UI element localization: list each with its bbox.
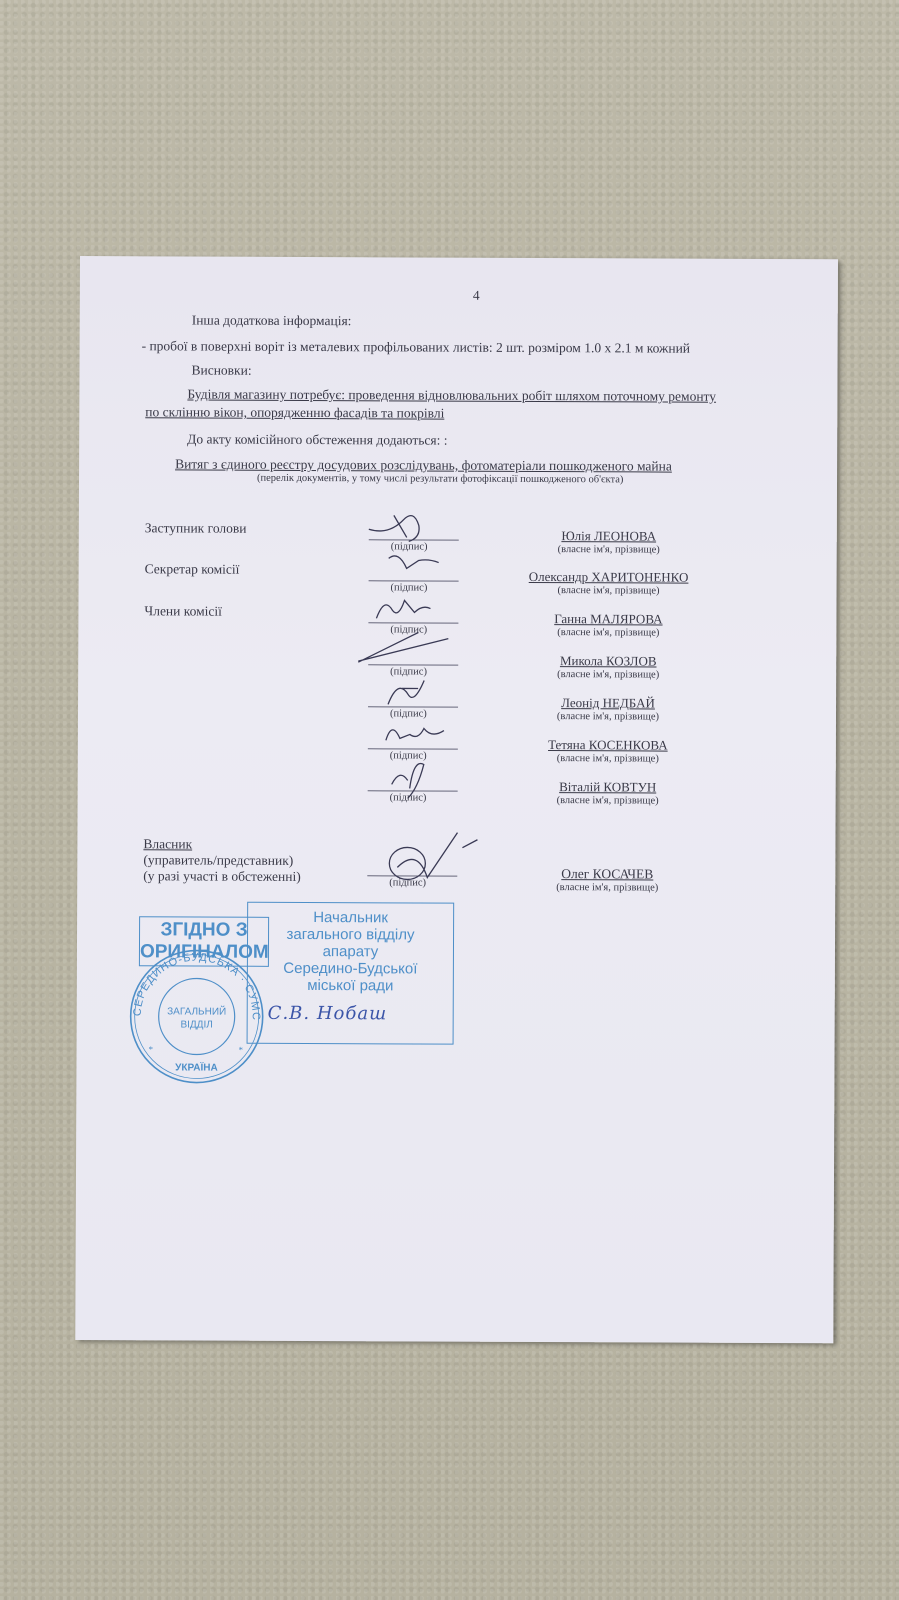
title-stamp-line-1: Начальник xyxy=(248,909,453,927)
signatory-row: (підпис) Леонід НЕДБАЙ (власне ім'я, прі… xyxy=(80,256,838,259)
signatory-name: Леонід НЕДБАЙ xyxy=(508,695,708,712)
conclusions-line-2: по склінню вікон, опорядженню фасадів та… xyxy=(145,404,444,421)
signatory-name: Олександр ХАРИТОНЕНКО xyxy=(509,569,709,586)
signatory-name-caption: (власне ім'я, прізвище) xyxy=(509,544,709,556)
owner-name-caption: (власне ім'я, прізвище) xyxy=(517,882,697,894)
signatory-name-caption: (власне ім'я, прізвище) xyxy=(508,795,708,807)
signatories-block: Заступник голови (підпис) Юлія ЛЕОНОВА (… xyxy=(80,256,838,259)
other-info-item: - пробої в поверхні воріт із металевих п… xyxy=(142,338,691,356)
attachments-caption: (перелік документів, у тому числі резуль… xyxy=(257,473,623,486)
signatory-name: Ганна МАЛЯРОВА xyxy=(508,611,708,628)
owner-name: Олег КОСАЧЕВ xyxy=(517,866,697,883)
title-stamp-line-3: апарату xyxy=(248,943,453,961)
official-signature: С.В. Нобаш xyxy=(268,1003,388,1025)
owner-role-detail: (управитель/представник) xyxy=(143,852,293,869)
signatory-row: Члени комісії (підпис) Ганна МАЛЯРОВА (в… xyxy=(80,256,838,259)
title-stamp-line-4: Середино-Будської xyxy=(248,960,453,978)
attachments-value: Витяг з єдиного реєстру досудових розслі… xyxy=(175,456,672,474)
owner-signature-caption: (підпис) xyxy=(389,877,426,888)
conclusions-heading: Висновки: xyxy=(191,362,251,378)
signatory-name-caption: (власне ім'я, прізвище) xyxy=(509,585,709,597)
signatory-row: Секретар комісії (підпис) Олександр ХАРИ… xyxy=(80,256,838,259)
title-stamp-line-5: міської ради xyxy=(248,977,453,995)
owner-role-condition: (у разі участі в обстеженні) xyxy=(143,868,301,885)
page-number: 4 xyxy=(473,288,480,304)
svg-text:УКРАЇНА: УКРАЇНА xyxy=(175,1060,218,1073)
signature-caption: (підпис) xyxy=(390,792,427,803)
svg-text:ЗАГАЛЬНИЙ: ЗАГАЛЬНИЙ xyxy=(167,1004,226,1017)
signatory-name-caption: (власне ім'я, прізвище) xyxy=(508,753,708,765)
signatory-name-caption: (власне ім'я, прізвище) xyxy=(508,669,708,681)
signatory-role: Секретар комісії xyxy=(145,561,240,577)
signatory-name-caption: (власне ім'я, прізвище) xyxy=(508,627,708,639)
signatory-row: (підпис) Микола КОЗЛОВ (власне ім'я, прі… xyxy=(80,256,838,259)
conclusions-line-1: Будівля магазину потребує: проведення ві… xyxy=(187,386,716,404)
signatory-row: (підпис) Віталій КОВТУН (власне ім'я, пр… xyxy=(80,256,838,259)
svg-text:*: * xyxy=(149,1044,154,1054)
signatory-name: Юлія ЛЕОНОВА xyxy=(509,528,709,545)
owner-role: Власник xyxy=(143,836,192,852)
document-page: 4 Інша додаткова інформація: - пробої в … xyxy=(75,256,838,1343)
round-seal: СЕРЕДИНО-БУДСЬКА · СУМСЬКА ОБЛАСТЬ · ЗАГ… xyxy=(126,946,267,1087)
signatory-row: Заступник голови (підпис) Юлія ЛЕОНОВА (… xyxy=(80,256,838,259)
signatory-name: Тетяна КОСЕНКОВА xyxy=(508,737,708,754)
svg-text:ВІДДІЛ: ВІДДІЛ xyxy=(180,1019,212,1030)
signatory-name-caption: (власне ім'я, прізвище) xyxy=(508,711,708,723)
signatory-row: (підпис) Тетяна КОСЕНКОВА (власне ім'я, … xyxy=(80,256,838,259)
attachments-heading: До акту комісійного обстеження додаються… xyxy=(187,431,447,448)
title-stamp-line-2: загального відділу xyxy=(248,926,453,944)
signatory-role: Члени комісії xyxy=(144,603,222,619)
signatory-name: Віталій КОВТУН xyxy=(508,779,708,796)
signatory-name: Микола КОЗЛОВ xyxy=(508,653,708,670)
other-info-heading: Інша додаткова інформація: xyxy=(192,312,352,329)
signatory-role: Заступник голови xyxy=(145,520,247,536)
official-title-stamp: Начальник загального відділу апарату Сер… xyxy=(247,902,455,1045)
svg-text:*: * xyxy=(239,1045,244,1055)
